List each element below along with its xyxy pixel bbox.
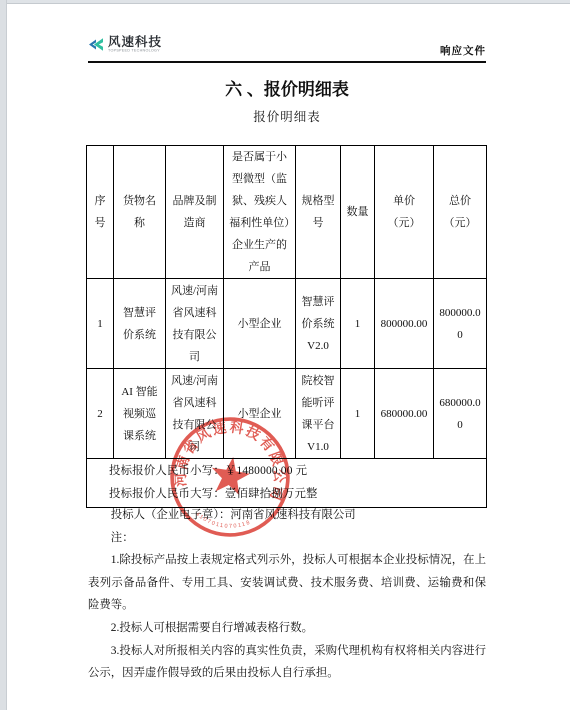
quotation-table: 序号 货物名称 品牌及制造商 是否属于小型微型（监狱、残疾人福利性单位）企业生产… (86, 145, 487, 508)
logo-text-en: TOPSPEED TECHNOLOGY (108, 49, 160, 53)
cell-brand-manufacturer: 风速/河南省风速科技有限公司 (166, 279, 224, 369)
cell-total-price: 800000.00 (434, 279, 487, 369)
header-seq: 序号 (87, 146, 114, 279)
company-logo: 风速科技 TOPSPEED TECHNOLOGY (88, 36, 192, 55)
cell-spec-model: 院校智能听评课平台 V1.0 (296, 369, 341, 459)
note-item-1: 1.除投标产品按上表规定格式列示外，投标人可根据本企业投标情况，在上表列示备品备… (88, 549, 486, 617)
doc-type-label: 响应文件 (440, 43, 486, 58)
cell-seq: 2 (87, 369, 114, 459)
header-brand-manufacturer: 品牌及制造商 (166, 146, 224, 279)
cell-total-price: 680000.00 (434, 369, 487, 459)
cell-quantity: 1 (341, 369, 375, 459)
table-row: 1 智慧评价系统 风速/河南省风速科技有限公司 小型企业 智慧评价系统 V2.0… (87, 279, 487, 369)
page-edge-top (0, 0, 570, 4)
note-item-3: 3.投标人对所报相关内容的真实性负责，采购代理机构有权将相关内容进行公示，因弄虚… (88, 640, 486, 685)
bid-amount-numeric: 投标报价人民币小写：￥1480000.00 元 (109, 460, 480, 483)
table-total-row: 投标报价人民币小写：￥1480000.00 元 投标报价人民币大写：壹佰肆拾捌万… (87, 459, 487, 508)
table-header-row: 序号 货物名称 品牌及制造商 是否属于小型微型（监狱、残疾人福利性单位）企业生产… (87, 146, 487, 279)
page-subtitle: 报价明细表 (88, 107, 486, 125)
page-title: 六 、报价明细表 (88, 75, 486, 100)
cell-quantity: 1 (341, 279, 375, 369)
cell-brand-manufacturer: 风速/河南省风速科技有限公司 (166, 369, 224, 459)
table-row: 2 AI 智能视频巡课系统 风速/河南省风速科技有限公司 小型企业 院校智能听评… (87, 369, 487, 459)
logo-text-cn: 风速科技 (108, 36, 192, 49)
cell-goods-name: 智慧评价系统 (114, 279, 166, 369)
cell-unit-price: 680000.00 (375, 369, 434, 459)
letterhead: 风速科技 TOPSPEED TECHNOLOGY 响应文件 (88, 34, 486, 63)
notes-section: 投标人（企业电子章）：河南省风速科技有限公司 注： 1.除投标产品按上表规定格式… (88, 504, 486, 685)
bid-amount-words: 投标报价人民币大写：壹佰肆拾捌万元整 (109, 483, 480, 506)
header-goods-name: 货物名称 (114, 146, 166, 279)
cell-seq: 1 (87, 279, 114, 369)
logo-chevron-icon (88, 36, 105, 53)
header-quantity: 数量 (341, 146, 375, 279)
page-edge-left (0, 0, 7, 710)
cell-unit-price: 800000.00 (375, 279, 434, 369)
bidder-line: 投标人（企业电子章）：河南省风速科技有限公司 (88, 504, 486, 527)
document-page: 风速科技 TOPSPEED TECHNOLOGY 响应文件 六 、报价明细表 报… (0, 0, 570, 710)
cell-small-enterprise: 小型企业 (224, 279, 296, 369)
header-spec-model: 规格型号 (296, 146, 341, 279)
cell-spec-model: 智慧评价系统 V2.0 (296, 279, 341, 369)
cell-goods-name: AI 智能视频巡课系统 (114, 369, 166, 459)
cell-small-enterprise: 小型企业 (224, 369, 296, 459)
header-unit-price: 单价 （元） (375, 146, 434, 279)
header-small-enterprise: 是否属于小型微型（监狱、残疾人福利性单位）企业生产的产品 (224, 146, 296, 279)
note-item-2: 2.投标人可根据需要自行增减表格行数。 (88, 617, 486, 640)
note-label: 注： (88, 527, 486, 550)
header-total-price: 总价 （元） (434, 146, 487, 279)
